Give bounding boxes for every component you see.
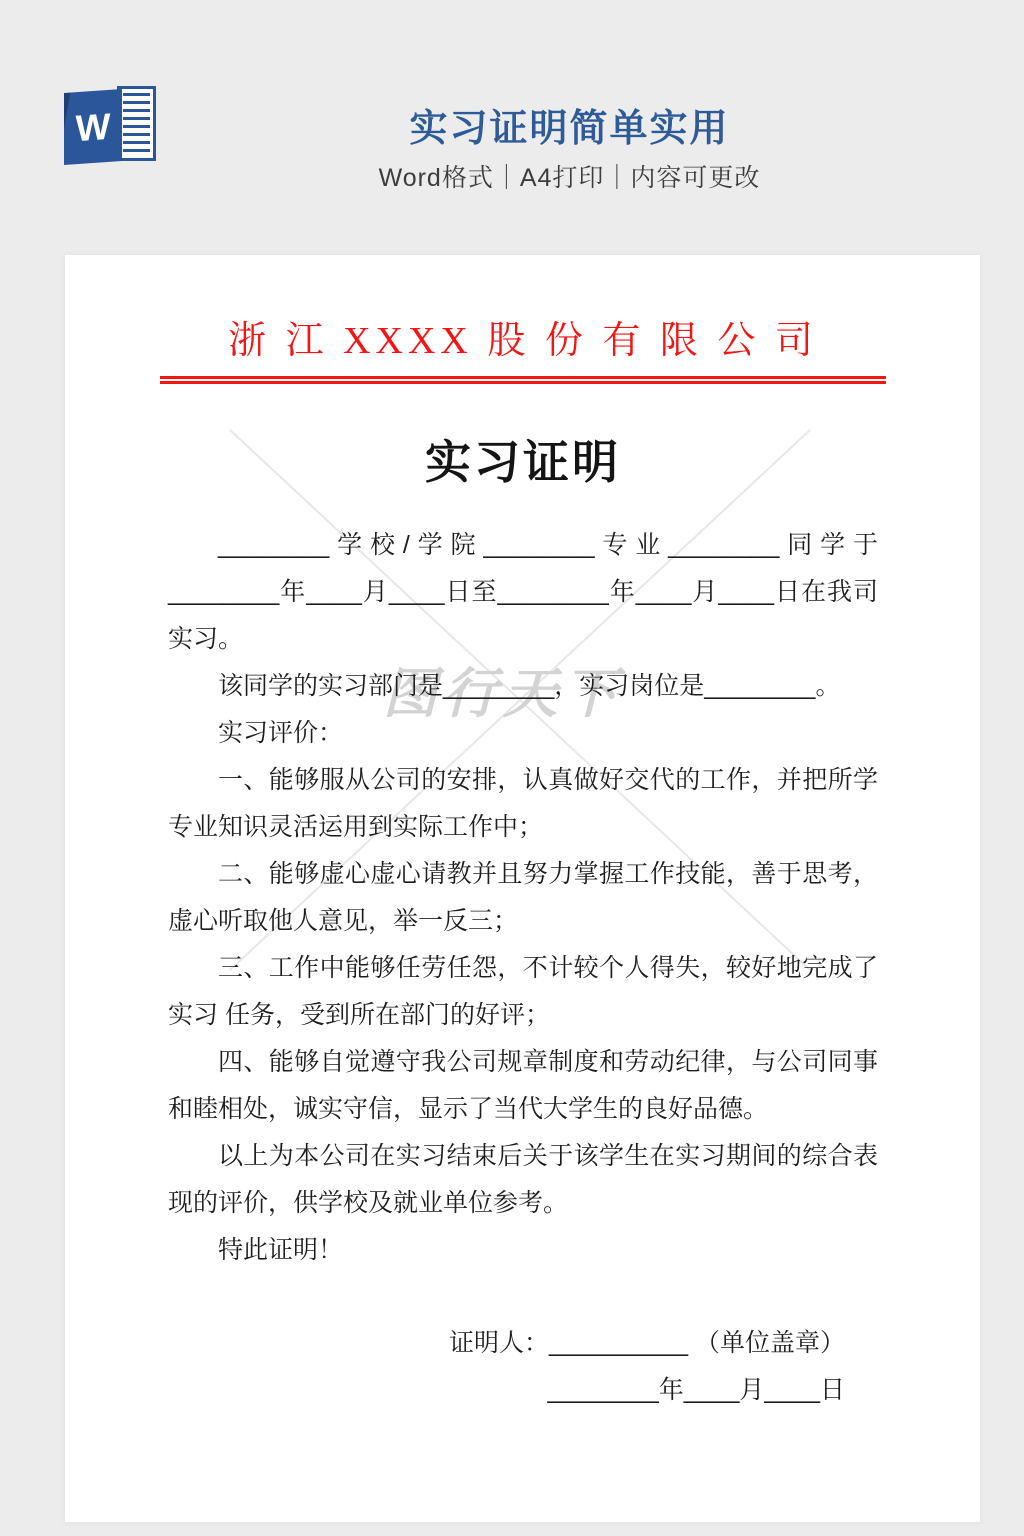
paragraph-item-2: 二、能够虚心虚心请教并且努力掌握工作技能，善于思考，虚心听取他人意见，举一反三；	[168, 851, 878, 945]
document-page: 图行天下 浙 江 XXXX 股 份 有 限 公 司 实习证明 ________学…	[65, 255, 980, 1522]
paragraph-item-3: 三、工作中能够任劳任怨，不计较个人得失，较好地完成了实习 任务，受到所在部门的好…	[168, 945, 878, 1039]
page-subtitle: Word格式｜A4打印｜内容可更改	[115, 158, 1024, 194]
paragraph-intro: ________学校/学院________专业________同学于______…	[168, 522, 878, 663]
document-title: 实习证明	[168, 426, 878, 492]
paragraph-summary: 以上为本公司在实习结束后关于该学生在实习期间的综合表现的评价，供学校及就业单位参…	[168, 1133, 878, 1227]
word-icon-front: W	[64, 89, 122, 165]
company-name: 浙 江 XXXX 股 份 有 限 公 司	[168, 319, 878, 365]
document-body: ________学校/学院________专业________同学于______…	[168, 522, 878, 1274]
paragraph-department: 该同学的实习部门是________，实习岗位是________。	[168, 663, 878, 710]
paragraph-item-4: 四、能够自觉遵守我公司规章制度和劳动纪律，与公司同事和睦相处，诚实守信，显示了当…	[168, 1039, 878, 1133]
signature-certifier-line: 证明人：__________ （单位盖章）	[168, 1320, 845, 1367]
page-title: 实习证明简单实用	[115, 97, 1024, 152]
paragraph-eval-label: 实习评价：	[168, 710, 878, 757]
signature-block: 证明人：__________ （单位盖章） ________年____月____…	[168, 1320, 878, 1414]
letterhead-rule	[160, 376, 886, 384]
paragraph-item-1: 一、能够服从公司的安排，认真做好交代的工作，并把所学专业知识灵活运用到实际工作中…	[168, 757, 878, 851]
template-preview: W 实习证明简单实用 Word格式｜A4打印｜内容可更改 图行天下 浙 江 XX…	[0, 0, 1024, 1536]
signature-date-line: ________年____月____日	[168, 1367, 845, 1414]
word-icon-letter: W	[76, 107, 111, 146]
paragraph-hereby: 特此证明！	[168, 1227, 878, 1274]
document-content: 浙 江 XXXX 股 份 有 限 公 司 实习证明 ________学校/学院_…	[168, 319, 878, 1414]
